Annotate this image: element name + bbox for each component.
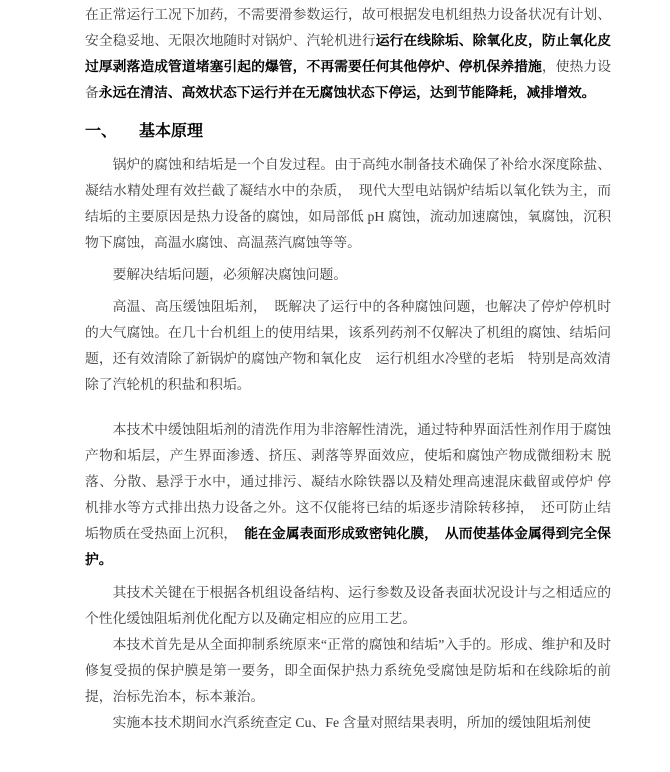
- text-run: 本技术中缓蚀阻垢剂的清洗作用为非溶解性清洗，通过特种界面活性剂作用于腐蚀产物和垢…: [85, 422, 611, 541]
- text-run: 要解决结垢问题，必须解决腐蚀问题。: [113, 267, 348, 282]
- text-run-bold: 永远在清洁、高效状态下运行并在无腐蚀状态下停运，达到节能降耗，减排增效。: [99, 85, 596, 100]
- text-run: 其技术关键在于根据各机组设备结构、运行参数及设备表面状况设计与之相适应的个性化缓…: [85, 585, 611, 626]
- paragraph: 本技术中缓蚀阻垢剂的清洗作用为非溶解性清洗，通过特种界面活性剂作用于腐蚀产物和垢…: [85, 417, 611, 573]
- paragraph: 本技术首先是从全面抑制系统原来“正常的腐蚀和结垢”入手的。形成、维护和及时修复受…: [85, 632, 611, 710]
- paragraph: 锅炉的腐蚀和结垢是一个自发过程。由于高纯水制备技术确保了补给水深度除盐、凝结水精…: [85, 152, 611, 256]
- section-heading: 一、基本原理: [85, 118, 611, 145]
- text-run: 实施本技术期间水汽系统查定 Cu、Fe 含量对照结果表明，所加的缓蚀阻垢剂使: [113, 715, 591, 730]
- paragraph: 要解决结垢问题，必须解决腐蚀问题。: [85, 262, 611, 288]
- document-page: 在正常运行工况下加药，不需要滑参数运行，故可根据发电机组热力设备状况有计划、安全…: [0, 0, 670, 772]
- paragraph: 其技术关键在于根据各机组设备结构、运行参数及设备表面状况设计与之相适应的个性化缓…: [85, 580, 611, 632]
- text-run: 锅炉的腐蚀和结垢是一个自发过程。由于高纯水制备技术确保了补给水深度除盐、凝结水精…: [85, 157, 611, 250]
- paragraph: 在正常运行工况下加药，不需要滑参数运行，故可根据发电机组热力设备状况有计划、安全…: [85, 2, 611, 106]
- paragraph: 高温、高压缓蚀阻垢剂， 既解决了运行中的各种腐蚀问题，也解决了停炉停机时的大气腐…: [85, 294, 611, 398]
- section-title: 基本原理: [139, 123, 203, 140]
- document-body: 在正常运行工况下加药，不需要滑参数运行，故可根据发电机组热力设备状况有计划、安全…: [0, 0, 670, 736]
- text-run: 本技术首先是从全面抑制系统原来“正常的腐蚀和结垢”入手的。形成、维护和及时修复受…: [85, 637, 611, 704]
- text-run: 高温、高压缓蚀阻垢剂， 既解决了运行中的各种腐蚀问题，也解决了停炉停机时的大气腐…: [85, 299, 611, 392]
- section-number: 一、: [85, 123, 117, 140]
- paragraph: 实施本技术期间水汽系统查定 Cu、Fe 含量对照结果表明，所加的缓蚀阻垢剂使: [85, 710, 611, 736]
